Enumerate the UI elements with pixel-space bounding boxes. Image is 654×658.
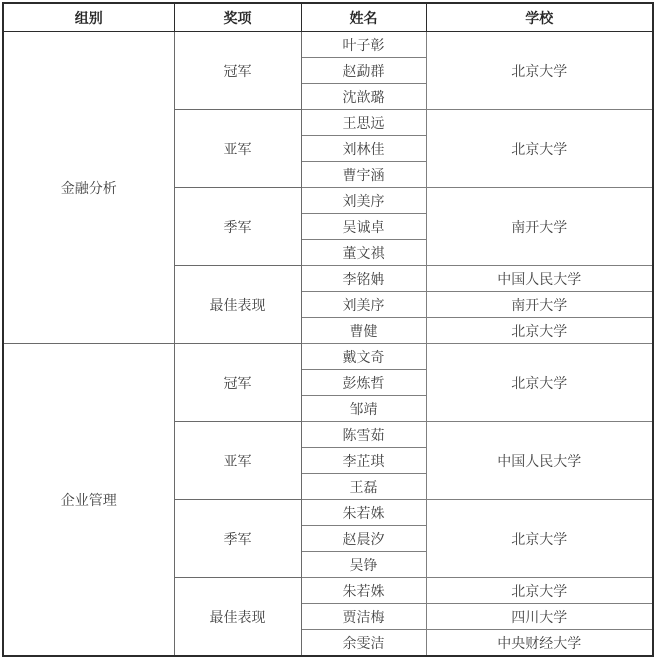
school-cell: 中央财经大学 xyxy=(426,630,653,657)
name-cell: 朱若姝 xyxy=(301,500,426,526)
header-school: 学校 xyxy=(426,3,653,32)
name-cell: 刘美序 xyxy=(301,188,426,214)
award-cell: 季军 xyxy=(174,188,301,266)
name-cell: 刘林佳 xyxy=(301,136,426,162)
school-cell: 南开大学 xyxy=(426,292,653,318)
name-cell: 赵晨汐 xyxy=(301,526,426,552)
school-cell: 南开大学 xyxy=(426,188,653,266)
group-cell: 企业管理 xyxy=(3,344,174,657)
name-cell: 彭炼哲 xyxy=(301,370,426,396)
name-cell: 李芷琪 xyxy=(301,448,426,474)
school-cell: 北京大学 xyxy=(426,578,653,604)
name-cell: 刘美序 xyxy=(301,292,426,318)
school-cell: 中国人民大学 xyxy=(426,266,653,292)
school-cell: 北京大学 xyxy=(426,32,653,110)
award-cell: 最佳表现 xyxy=(174,266,301,344)
award-cell: 最佳表现 xyxy=(174,578,301,657)
name-cell: 吴铮 xyxy=(301,552,426,578)
award-cell: 亚军 xyxy=(174,110,301,188)
award-cell: 冠军 xyxy=(174,32,301,110)
name-cell: 陈雪茹 xyxy=(301,422,426,448)
school-cell: 北京大学 xyxy=(426,344,653,422)
name-cell: 邹靖 xyxy=(301,396,426,422)
award-cell: 亚军 xyxy=(174,422,301,500)
table-row: 企业管理冠军戴文奇北京大学 xyxy=(3,344,653,370)
name-cell: 叶子彰 xyxy=(301,32,426,58)
table-header: 组别 奖项 姓名 学校 xyxy=(3,3,653,32)
name-cell: 董文祺 xyxy=(301,240,426,266)
school-cell: 中国人民大学 xyxy=(426,422,653,500)
name-cell: 赵勐群 xyxy=(301,58,426,84)
name-cell: 贾洁梅 xyxy=(301,604,426,630)
award-cell: 季军 xyxy=(174,500,301,578)
group-cell: 金融分析 xyxy=(3,32,174,344)
header-name: 姓名 xyxy=(301,3,426,32)
name-cell: 戴文奇 xyxy=(301,344,426,370)
name-cell: 吴诚卓 xyxy=(301,214,426,240)
table-row: 金融分析冠军叶子彰北京大学 xyxy=(3,32,653,58)
name-cell: 王磊 xyxy=(301,474,426,500)
name-cell: 余雯洁 xyxy=(301,630,426,657)
name-cell: 曹健 xyxy=(301,318,426,344)
name-cell: 李铭姌 xyxy=(301,266,426,292)
school-cell: 北京大学 xyxy=(426,110,653,188)
table-body: 金融分析冠军叶子彰北京大学赵勐群沈歆璐亚军王思远北京大学刘林佳曹宇涵季军刘美序南… xyxy=(3,32,653,657)
award-cell: 冠军 xyxy=(174,344,301,422)
school-cell: 四川大学 xyxy=(426,604,653,630)
header-group: 组别 xyxy=(3,3,174,32)
header-row: 组别 奖项 姓名 学校 xyxy=(3,3,653,32)
name-cell: 王思远 xyxy=(301,110,426,136)
name-cell: 沈歆璐 xyxy=(301,84,426,110)
header-award: 奖项 xyxy=(174,3,301,32)
school-cell: 北京大学 xyxy=(426,500,653,578)
name-cell: 曹宇涵 xyxy=(301,162,426,188)
school-cell: 北京大学 xyxy=(426,318,653,344)
name-cell: 朱若姝 xyxy=(301,578,426,604)
competition-results-table: 组别 奖项 姓名 学校 金融分析冠军叶子彰北京大学赵勐群沈歆璐亚军王思远北京大学… xyxy=(2,2,654,657)
